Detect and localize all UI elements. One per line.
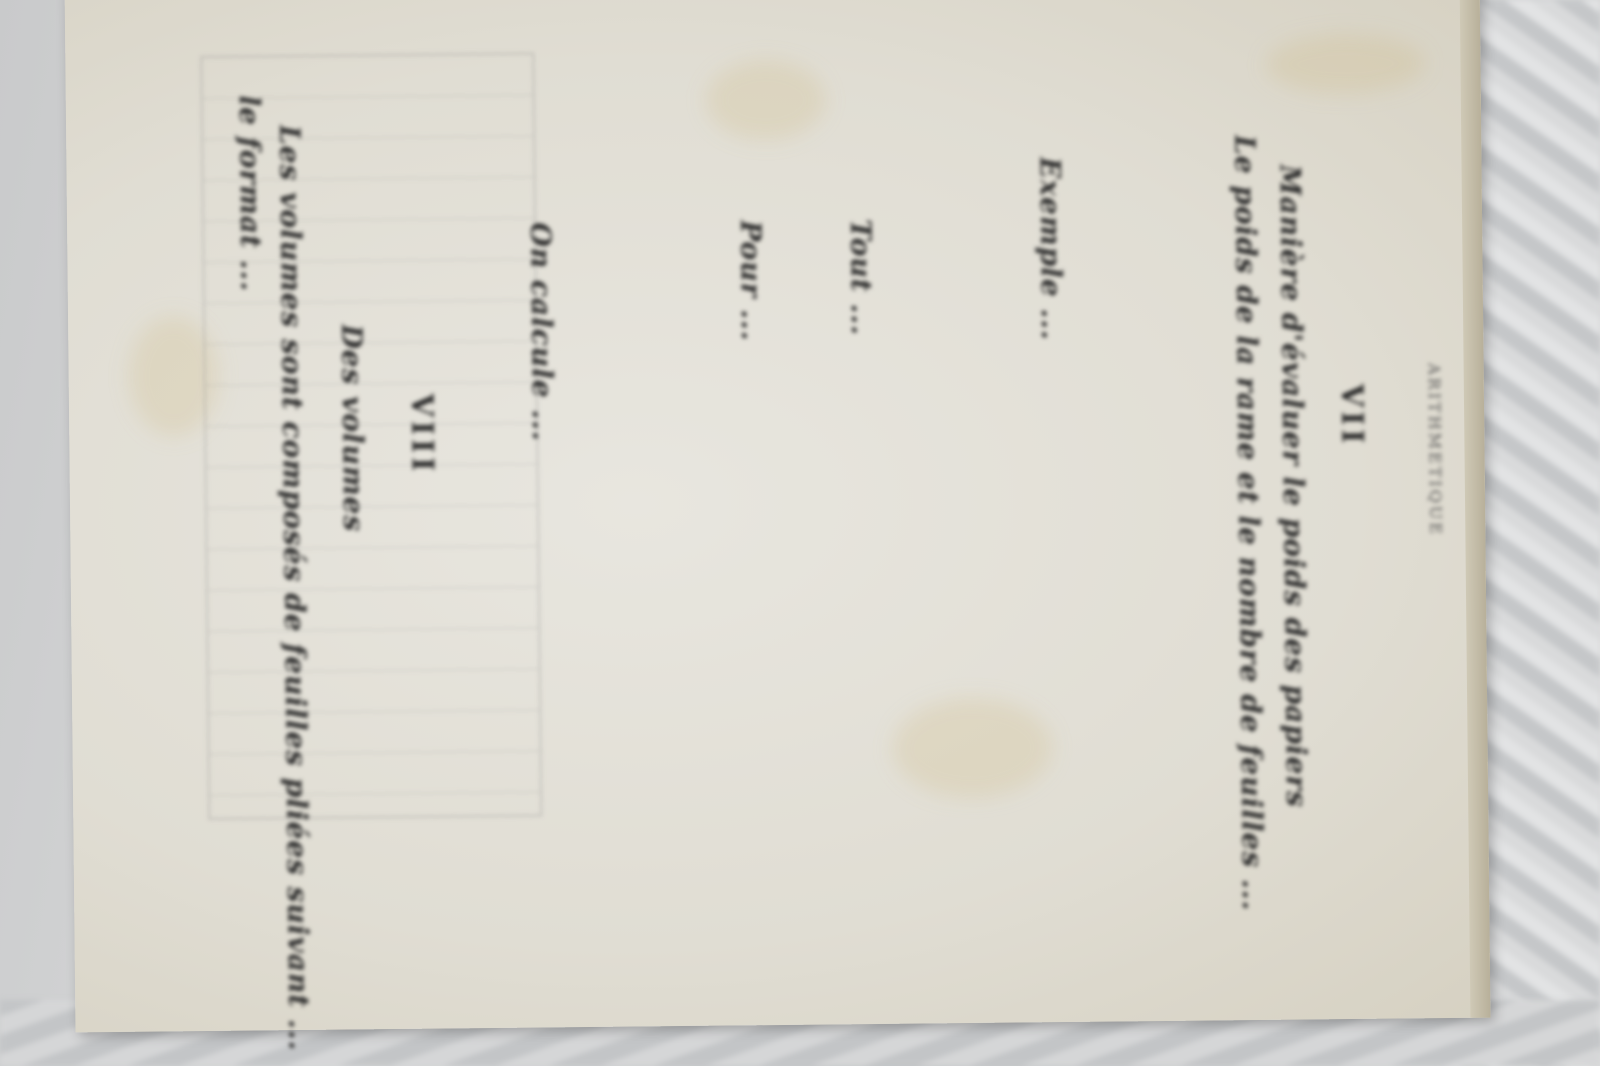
paragraph: Le poids de la rame et le nombre de feui… bbox=[1228, 135, 1269, 911]
section-numeral-2: VIII bbox=[404, 394, 440, 476]
paragraph: On calcule ... bbox=[524, 222, 559, 442]
stain bbox=[705, 59, 826, 140]
paragraph: le format ... bbox=[233, 95, 268, 292]
paragraph: Tout ... bbox=[844, 219, 878, 336]
book-page: ARITHMETIQUE VII Manière d'évaluer le po… bbox=[65, 0, 1491, 1032]
running-header: ARITHMETIQUE bbox=[1425, 363, 1446, 537]
section-numeral-1: VII bbox=[1334, 384, 1370, 448]
paragraph: Exemple ... bbox=[1033, 157, 1068, 341]
section-title-2: Des volumes bbox=[335, 324, 370, 532]
stain bbox=[1265, 33, 1426, 95]
section-title-1: Manière d'évaluer le poids des papiers bbox=[1273, 164, 1313, 808]
stain bbox=[892, 697, 1053, 799]
paragraph: Pour ... bbox=[734, 220, 768, 341]
